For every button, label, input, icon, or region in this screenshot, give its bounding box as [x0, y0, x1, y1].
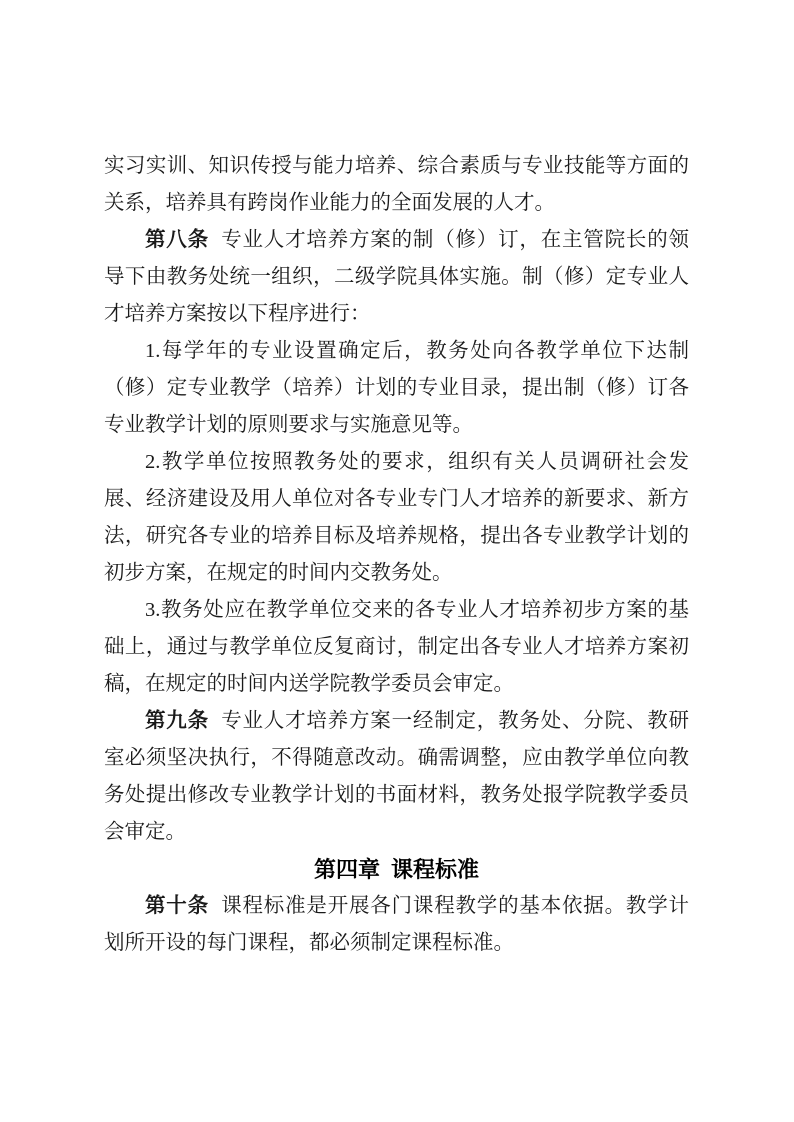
article-9-number: 第九条	[145, 710, 209, 732]
paragraph-continuation: 实习实训、知识传授与能力培养、综合素质与专业技能等方面的关系，培养具有跨岗作业能…	[104, 148, 689, 222]
article-10-number: 第十条	[145, 895, 209, 917]
paragraph-article-9: 第九条专业人才培养方案一经制定，教务处、分院、教研室必须坚决执行，不得随意改动。…	[104, 703, 689, 851]
paragraph-step-3: 3.教务处应在教学单位交来的各专业人才培养初步方案的基础上，通过与教学单位反复商…	[104, 592, 689, 703]
paragraph-step-1: 1.每学年的专业设置确定后，教务处向各教学单位下达制（修）定专业教学（培养）计划…	[104, 333, 689, 444]
paragraph-step-2: 2.教学单位按照教务处的要求，组织有关人员调研社会发展、经济建设及用人单位对各专…	[104, 444, 689, 592]
article-8-number: 第八条	[145, 229, 209, 251]
paragraph-article-10: 第十条课程标准是开展各门课程教学的基本依据。教学计划所开设的每门课程，都必须制定…	[104, 888, 689, 962]
document-text-block: 实习实训、知识传授与能力培养、综合素质与专业技能等方面的关系，培养具有跨岗作业能…	[104, 148, 689, 962]
document-page: 实习实训、知识传授与能力培养、综合素质与专业技能等方面的关系，培养具有跨岗作业能…	[0, 0, 794, 1122]
chapter-heading: 第四章 课程标准	[104, 851, 689, 888]
paragraph-article-8: 第八条专业人才培养方案的制（修）订，在主管院长的领导下由教务处统一组织，二级学院…	[104, 222, 689, 333]
